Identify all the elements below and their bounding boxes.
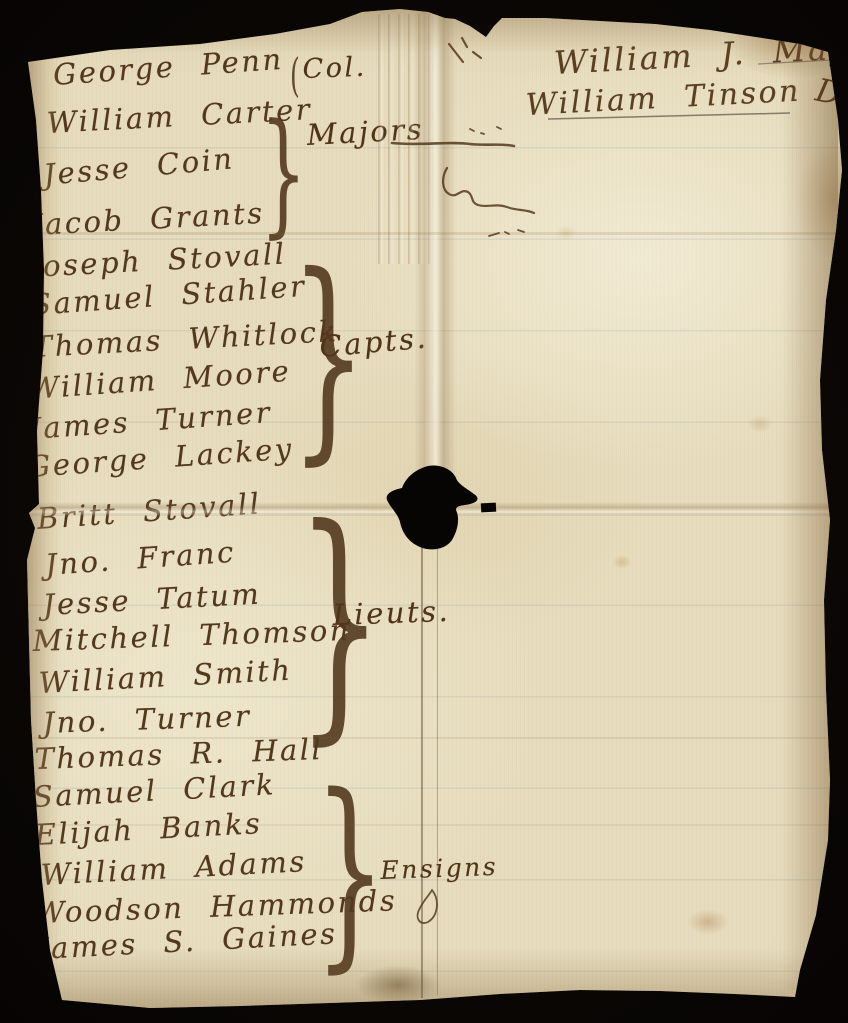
- roster-name: Thomas Whitlock: [32, 314, 339, 364]
- ink-flourish: [418, 890, 437, 923]
- ink-blot: [449, 38, 481, 62]
- roster-name: Jacob Grants: [30, 196, 265, 242]
- roster-name: George Penn: [52, 42, 285, 92]
- fold-crease-vertical: [414, 0, 456, 516]
- rank-label: Col.: [302, 52, 367, 85]
- roster-name: Jno. Franc: [44, 535, 237, 582]
- paper-hole-small: [481, 503, 496, 513]
- document-page: William J. Mayo William Tinson (Col.Geor…: [0, 0, 848, 1023]
- roster-name: Britt Stovall: [36, 486, 263, 536]
- rank-label: Ensigns: [380, 852, 499, 885]
- roster-name: Jesse Tatum: [42, 577, 262, 622]
- fold-crease-line: [421, 510, 423, 998]
- fold-crease-line: [437, 510, 438, 995]
- roster-name: Jno. Turner: [42, 699, 252, 740]
- rank-label: Majors: [306, 112, 425, 152]
- folded-right-edge: [782, 40, 838, 990]
- signature-william-mayo: William J. Mayo: [553, 27, 848, 82]
- ink-blot: [470, 127, 501, 134]
- roster-name: Jesse Coin: [42, 141, 236, 192]
- edge-letter: D: [811, 70, 845, 113]
- roster-name: William Adams: [40, 844, 308, 892]
- roster-name: Elijah Banks: [34, 806, 263, 852]
- ink-blot: [489, 230, 524, 236]
- group-brace-icon: (: [290, 52, 300, 98]
- roster-name: William Smith: [38, 653, 293, 700]
- roster-name: William Carter: [46, 92, 313, 140]
- ink-squiggle: [443, 168, 534, 213]
- paper-hole: [387, 466, 478, 550]
- scanner-background: William J. Mayo William Tinson (Col.Geor…: [0, 0, 848, 1023]
